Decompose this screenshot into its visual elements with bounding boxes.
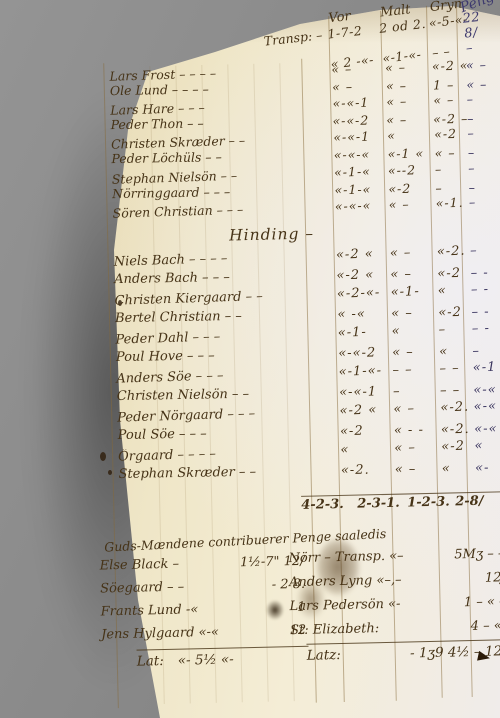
entry-name: Nörringgaard – – – — [104, 182, 335, 201]
entry-value-gryn: «-2 — [434, 126, 468, 142]
entry-value-gryn: – — [438, 321, 472, 337]
right-total-label: Latz: — [307, 647, 341, 664]
entry-name: Ole Lund – – – – — [102, 79, 333, 98]
entry-value-penge: – - — [471, 265, 499, 280]
left-total: Lat: «- 5½ «- — [137, 646, 309, 670]
entry-value-vor: « – — [331, 60, 385, 77]
entry-value-vor: «-«-1 — [333, 128, 387, 145]
contributor-name: Söegaard – – — [100, 580, 184, 597]
entry-value-malt: « — [391, 323, 438, 339]
entry-value-penge: – - — [471, 304, 499, 319]
contribution-amount: 12ʃ — [485, 570, 500, 585]
entry-value-vor: «-2 « — [339, 402, 393, 419]
entry-value-penge: – — [469, 193, 497, 209]
entry-value-vor: «-1-«- — [338, 363, 392, 380]
total-vor: 4-2-3. — [301, 497, 357, 513]
contribution-amount: 4 – «- — [471, 618, 500, 634]
entry-value-malt: « – — [385, 59, 432, 75]
entry-value-malt: « – — [391, 305, 438, 321]
entry-value-penge: «-« — [473, 399, 500, 415]
entry-value-vor: «-2. — [341, 462, 395, 478]
ink-blot — [266, 600, 284, 620]
entry-value-gryn: «-2 — [437, 265, 471, 281]
column-totals: 4-2-3. 2-3-1. 1-2-3. 2-8/ — [301, 493, 500, 513]
pen-flourish-mark — [477, 651, 491, 663]
entry-value-gryn: « — [442, 460, 476, 476]
contributor-name: St: Elizabeth: — [290, 621, 379, 638]
entry-value-penge: «- — [475, 460, 500, 475]
entry-value-gryn: «-2 – — [433, 111, 467, 127]
ink-stain — [296, 578, 326, 620]
entry-value-vor: «-2 — [340, 423, 394, 439]
entry-value-malt: « - - — [394, 422, 441, 438]
entry-value-gryn: – — [435, 160, 469, 176]
entry-value-malt: « – — [390, 245, 437, 261]
entry-value-gryn: «-2. — [441, 421, 475, 437]
entry-value-gryn: « – — [434, 145, 468, 161]
transport-value: 22 8/ — [462, 8, 495, 41]
entry-value-penge: «-« — [474, 421, 500, 436]
entries-section-hinding: Niels Bach – – – – «-2 « « – «-2. – Ande… — [106, 244, 500, 487]
entry-value-malt: «-1- — [390, 284, 437, 300]
entry-name: Niels Bach – – – – — [106, 248, 337, 270]
entry-value-penge: – — [468, 159, 496, 175]
left-total-value: «- 5½ «- — [178, 651, 234, 668]
entry-value-penge: «-« — [473, 382, 500, 397]
entry-value-vor: «-2-«- — [337, 285, 391, 302]
entry-value-penge: « — [474, 438, 500, 454]
entry-value-penge: – — [470, 243, 498, 259]
total-penge: 2-8/ — [455, 493, 500, 509]
entry-value-vor: «-«-2 — [338, 345, 392, 361]
entry-value-malt: « – — [386, 78, 433, 94]
entry-value-vor: «-«-1 — [339, 384, 393, 400]
entry-value-vor: «-1-« — [334, 181, 388, 197]
section-heading: Hinding – — [229, 225, 314, 245]
entry-value-penge: – — [466, 91, 494, 107]
entry-value-vor: «-1-« — [334, 163, 388, 180]
contributor-name: Else Black – — [99, 557, 179, 574]
entry-value-penge: – — [467, 125, 495, 141]
entry-value-malt: « – — [392, 344, 439, 360]
contribution-amount: 1 – « – — [464, 594, 500, 610]
entry-value-vor: «-«-1 — [332, 94, 386, 111]
entry-value-gryn: – — [435, 180, 469, 196]
entry-value-malt: « – — [389, 195, 436, 211]
entry-value-gryn: «-1. — [435, 194, 469, 210]
entry-value-malt: «--2 — [388, 161, 435, 177]
entry-value-gryn: – – — [439, 360, 473, 376]
entry-value-malt: « – — [393, 401, 440, 417]
entry-value-penge: – — [468, 145, 496, 160]
entry-value-gryn: « — [437, 283, 471, 299]
entry-value-penge: « – — [466, 57, 494, 73]
entry-value-gryn: «-2 « — [432, 58, 466, 74]
entry-value-vor: «-«-2 — [332, 113, 386, 129]
entry-name: Peder Thon – – — [103, 114, 333, 133]
entry-value-vor: «-1- — [338, 324, 392, 341]
left-total-label: Lat: — [137, 653, 164, 670]
entry-value-malt: « – — [386, 112, 433, 128]
entry-value-gryn: «-2 — [438, 304, 472, 320]
entry-value-vor: «-«-« — [335, 197, 389, 214]
entry-value-gryn: « — [439, 343, 473, 359]
entry-value-vor: « — [340, 441, 394, 458]
entry-value-malt: « – — [386, 93, 433, 109]
entry-value-penge: – — [472, 343, 500, 358]
entry-value-malt: – – — [392, 362, 439, 378]
entry-value-malt: «-1 « — [387, 146, 434, 162]
entry-value-penge: – - — [471, 282, 499, 298]
transport-value: – — [465, 38, 496, 56]
entry-value-gryn: «-2 — [441, 438, 475, 454]
entry-name: Peder Löchüls – – — [103, 148, 334, 167]
entry-value-malt: « — [387, 127, 434, 143]
entry-value-gryn: – – — [440, 382, 474, 398]
entry-value-vor: «-2 « — [336, 267, 390, 283]
entry-value-vor: « -« — [337, 306, 391, 322]
entry-value-malt: « – — [390, 266, 437, 282]
entry-value-malt: – — [393, 383, 440, 399]
entry-value-vor: «-2 « — [336, 246, 390, 263]
entries-section-1: Lars Frost – – – – « – « – «-2 « « – Ole… — [101, 58, 496, 221]
total-gryn: 1-2-3. — [407, 494, 455, 510]
contributor-name: Frants Lund -« — [101, 602, 199, 619]
entry-value-malt: « – — [395, 461, 442, 477]
entry-value-gryn: «-2. — [440, 399, 474, 415]
entry-value-gryn: 1 – — [433, 77, 467, 93]
entry-value-penge: «-1 — [473, 360, 500, 376]
total-malt: 2-3-1. — [357, 495, 407, 511]
entry-value-gryn: « – — [433, 92, 467, 108]
transport-value: «-5-«- — [428, 12, 465, 46]
entry-value-penge: – — [469, 179, 497, 194]
entry-value-malt: « – — [394, 440, 441, 456]
entry-value-gryn: «-2. — [437, 244, 471, 260]
ledger-photograph: Vor Malt Gryn Penge Transp: – 1-7-2 2 od… — [0, 0, 500, 718]
entry-value-penge: « – — [466, 77, 494, 92]
handwritten-content: Vor Malt Gryn Penge Transp: – 1-7-2 2 od… — [0, 0, 500, 718]
contributor-name: Jens Hylgaard «-« — [101, 625, 219, 643]
entry-value-penge: – - — [472, 321, 500, 337]
contribution-amount: 5Mʒ – – — [454, 546, 500, 562]
entry-value-malt: «-2 — [388, 180, 435, 196]
entry-value-vor: «-«-« — [334, 147, 388, 163]
entry-value-vor: « – — [332, 78, 386, 94]
